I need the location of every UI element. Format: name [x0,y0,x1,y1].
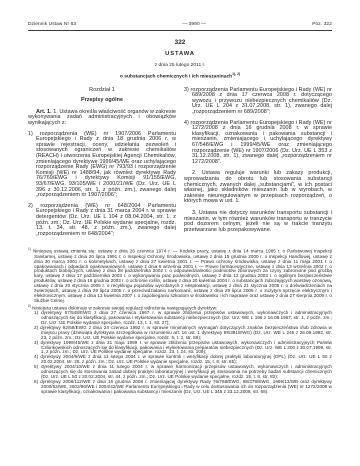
item-text: dyrektywy 2008/112/WE z dnia 16 grudnia … [40,379,332,394]
footnote-list-item-2: 2) dyrektywy 92/58/EWG z dnia 24 czerwca… [34,326,332,341]
item-marker: 2) [28,203,33,209]
page-number: — 3990 — [182,22,206,27]
item-text: rozporządzenia Parlamentu Europejskiego … [191,87,332,115]
footnote-marker: 1) [28,247,31,251]
act-type-heading: USTAWA [28,51,332,57]
act-number: 322 [28,39,332,46]
item-marker: 6) [34,379,38,384]
act-date-line: z dnia 25 lutego 2011 r. [28,63,332,68]
footnote-refs: 1), 2) [232,72,240,76]
section-heading: Przepisy ogólne [28,98,176,104]
list-item-3: 3) rozporządzenia Parlamentu Europejskie… [184,88,332,116]
footnotes-section: 1) Niniejszą ustawą zmienia się: ustawę … [28,247,332,394]
item-text: rozporządzenia (WE) nr 1907/2006 Parlame… [36,131,176,199]
footnote-2: 2) Niniejsza ustawa dokonuje w zakresie … [28,304,332,395]
item-marker: 2) [34,325,38,330]
list-item-4: 4) rozporządzenia Parlamentu Europejskie… [184,121,332,166]
item-marker: 5) [34,364,38,369]
footnote-marker: 2) [28,304,31,308]
act-title-text: o substancjach chemicznych i ich mieszan… [120,75,232,80]
footnote-text: Niniejszą ustawą zmienia się: ustawę z d… [33,249,332,303]
list-item-1: 1) rozporządzenia (WE) nr 1907/2006 Parl… [28,132,176,199]
footnote-list-item-3: 3) dyrektywy 1999/45/WE z dnia 31 maja 1… [34,341,332,356]
item-text: dyrektywy 2004/10/WE z dnia 11 lutego 20… [41,364,332,379]
item-marker: 4) [34,354,38,359]
item-marker: 1) [28,131,33,137]
footnote-list-item-5: 5) dyrektywy 2004/10/WE z dnia 11 lutego… [34,365,332,380]
body-paragraph-2: 2. Ustawa reguluje warunki lub zakazy pr… [184,171,332,205]
footnote-list-item-1: 1) dyrektywy 67/548/EWG z dnia 27 czerwc… [34,311,332,326]
item-text: rozporządzenia Parlamentu Europejskiego … [191,120,332,165]
footnote-1: 1) Niniejszą ustawą zmienia się: ustawę … [28,247,332,304]
chapter-heading: Rozdział 1 [28,88,176,94]
left-column: Rozdział 1 Przepisy ogólne Art. 1. 1. Us… [28,88,176,238]
item-text: dyrektywy 92/58/EWG z dnia 24 czerwca 19… [40,325,332,340]
journal-title: Dziennik Ustaw Nr 63 [28,22,76,27]
item-text: dyrektywy 2004/9/WE z dnia 11 lutego 200… [40,354,332,364]
item-text: rozporządzenia (WE) nr 648/2004 Parlamen… [36,203,176,237]
page-header: Dziennik Ustaw Nr 63 — 3990 — Poz. 322 [28,22,332,31]
footnote-list-item-6: 6) dyrektywy 2008/112/WE z dnia 16 grudn… [34,380,332,395]
document-page: Dziennik Ustaw Nr 63 — 3990 — Poz. 322 3… [0,0,360,466]
body-columns: Rozdział 1 Przepisy ogólne Art. 1. 1. Us… [28,88,332,238]
body-paragraph-3: 3. Ustawa nie dotyczy warunków transport… [184,211,332,233]
act-title: o substancjach chemicznych i ich mieszan… [28,72,332,80]
item-marker: 3) [184,87,189,93]
right-column: 3) rozporządzenia Parlamentu Europejskie… [184,88,332,238]
article-paragraph: Art. 1. 1. Ustawa określa właściwość org… [28,110,176,127]
position-ref: Poz. 322 [312,22,332,27]
item-marker: 4) [184,120,189,126]
item-marker: 1) [34,310,38,315]
list-item-2: 2) rozporządzenia (WE) nr 648/2004 Parla… [28,204,176,238]
item-text: dyrektywy 67/548/EWG z dnia 27 czerwca 1… [41,310,332,325]
item-marker: 3) [34,340,38,345]
item-text: dyrektywy 1999/45/WE z dnia 31 maja 1999… [40,340,332,355]
